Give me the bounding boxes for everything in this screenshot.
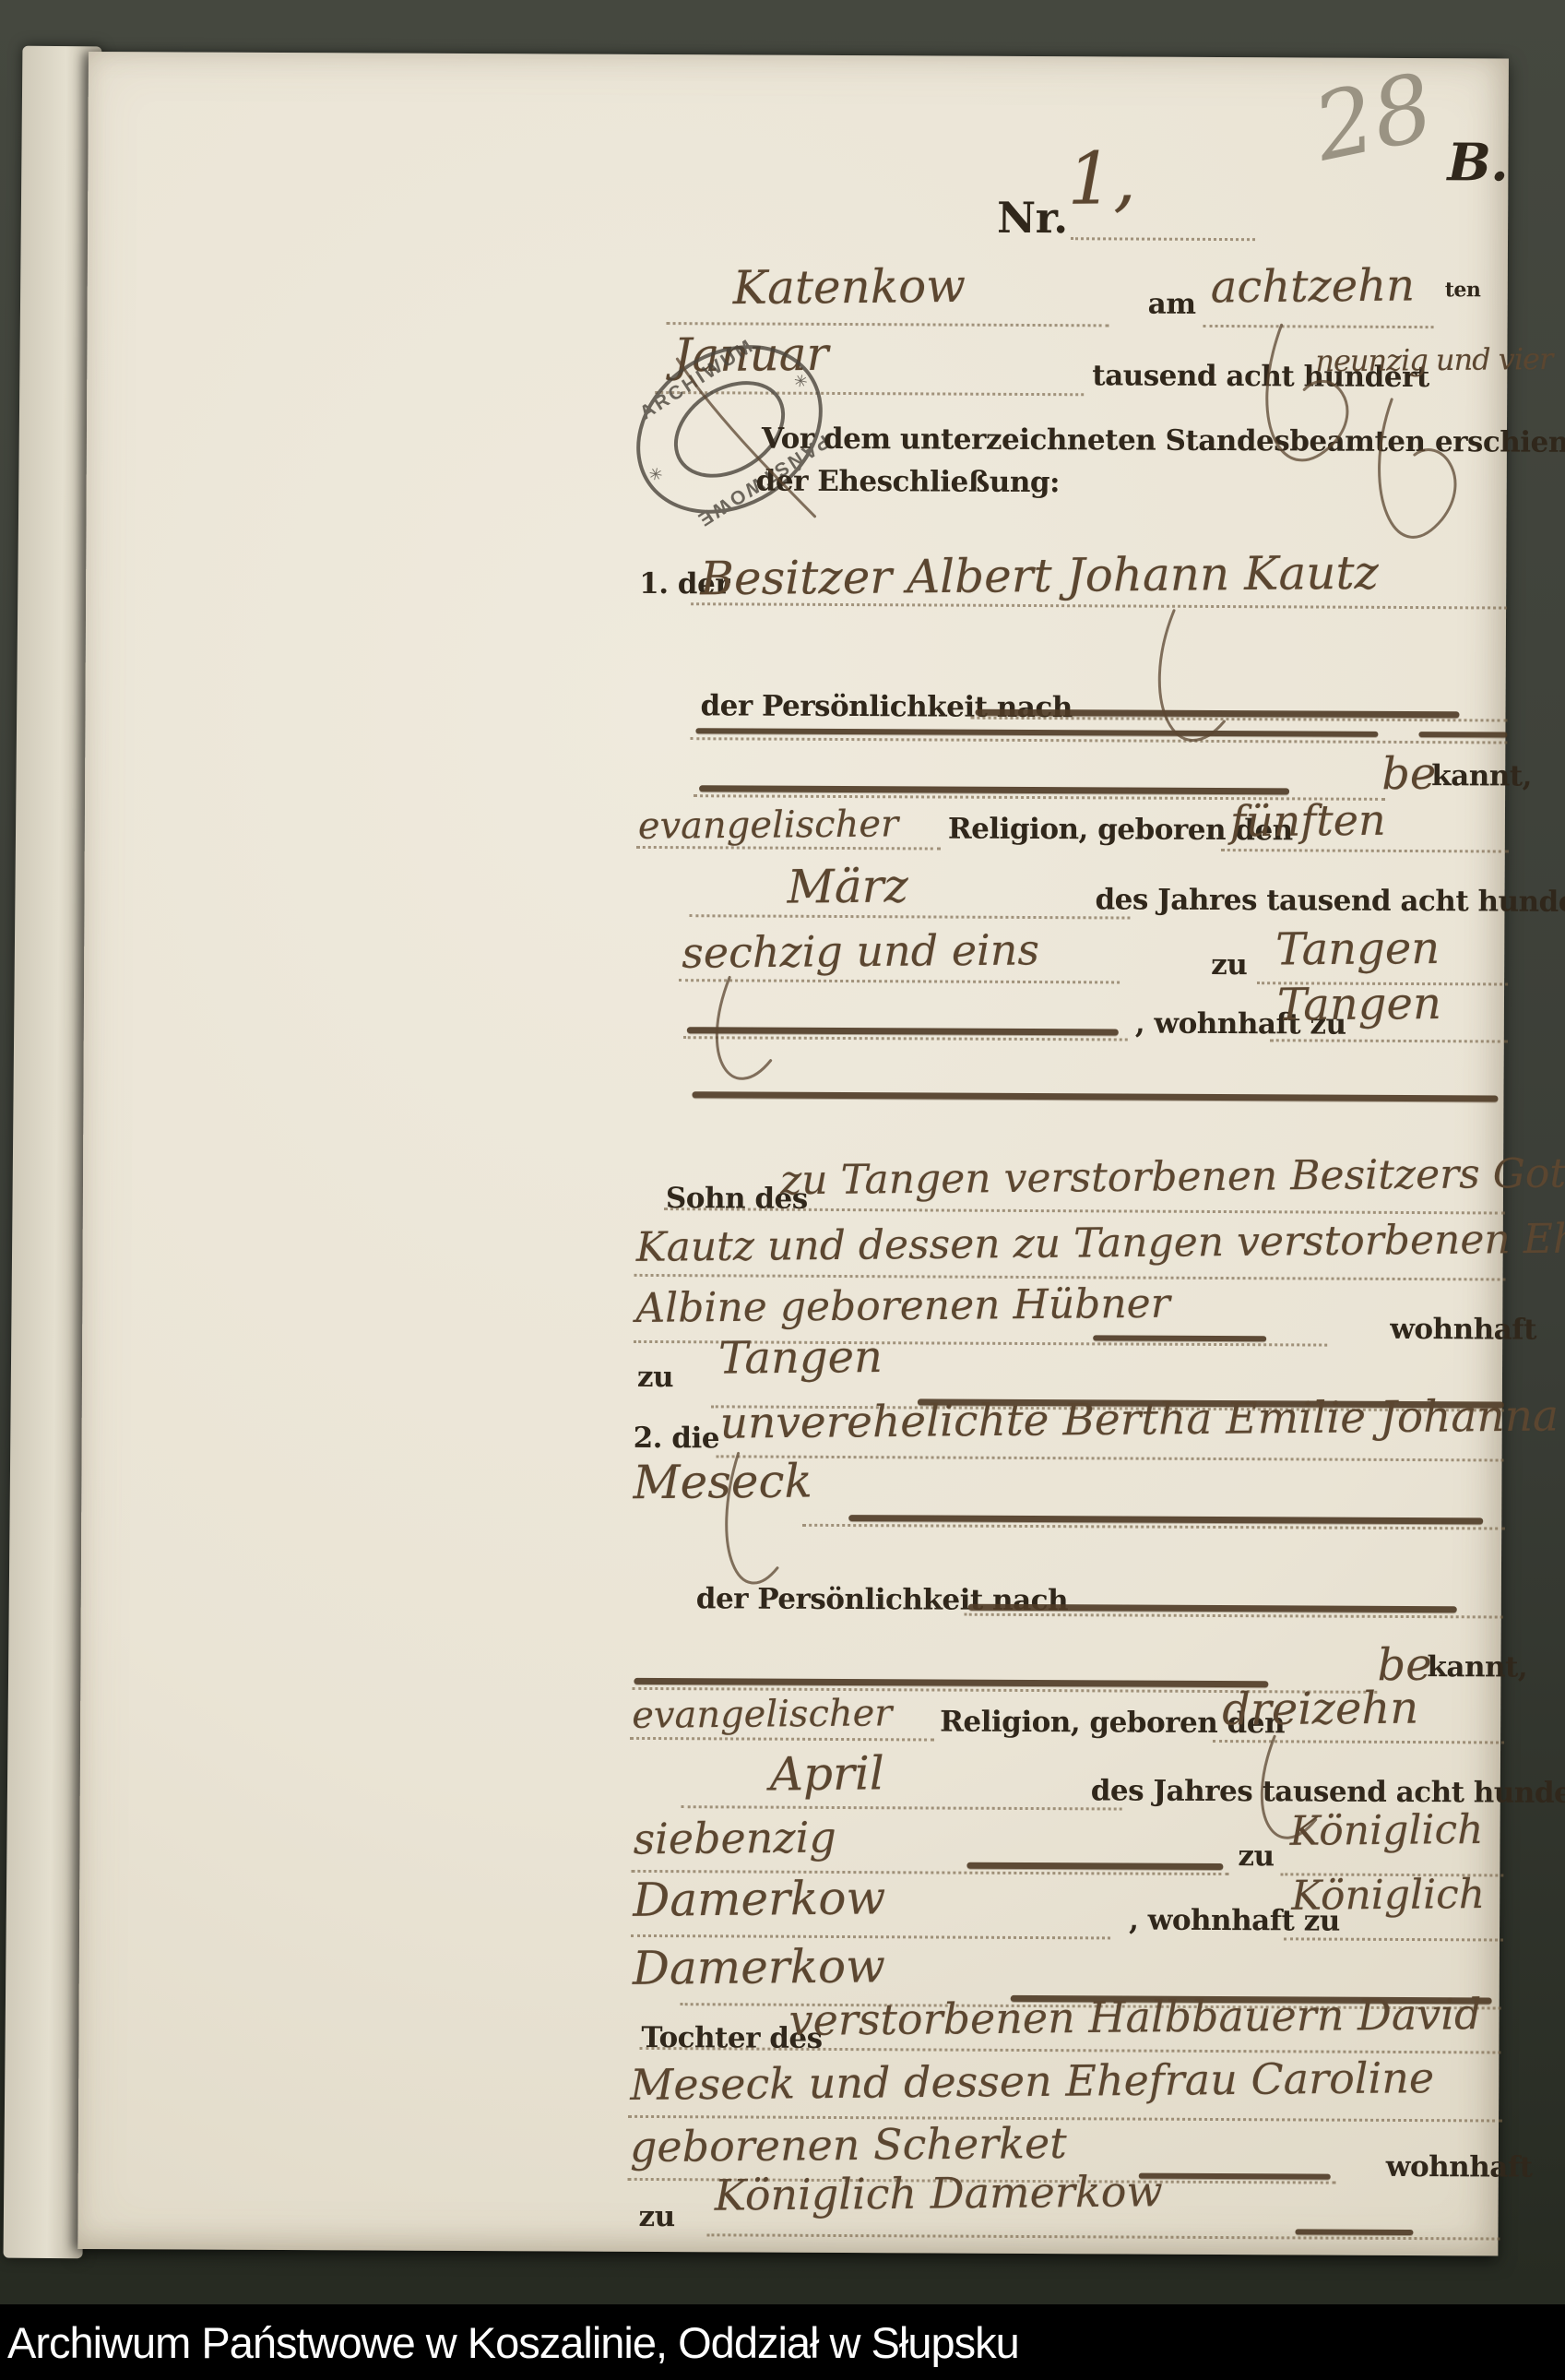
ink-strike — [848, 1515, 1483, 1524]
record-number-value: 1, — [1067, 137, 1136, 221]
dotline — [630, 1737, 934, 1742]
bride-birth-day: dreizehn — [1222, 1683, 1418, 1736]
register-page: 28 B. Nr. 1, Katenkow am achtzehn ten Ja… — [77, 52, 1509, 2255]
ten-suffix: ten — [1445, 278, 1481, 302]
event-day: achtzehn — [1211, 259, 1416, 313]
bride-parents-line2: Meseck und dessen Ehefrau Caroline — [630, 2053, 1434, 2110]
groom-birth-month: März — [787, 859, 908, 913]
groom-parents-line1: zu Tangen verstorbenen Besitzers Gottlie… — [780, 1149, 1565, 1205]
dotline — [634, 1274, 1506, 1281]
corner-letter: B. — [1447, 132, 1508, 193]
dotline — [1270, 1039, 1508, 1042]
bride-parents-line3: geborenen Scherket — [630, 2118, 1067, 2172]
groom-parents-residence: Tangen — [718, 1331, 883, 1385]
groom-birth-place: Tangen — [1275, 922, 1440, 976]
archive-caption-text: Archiwum Państwowe w Koszalinie, Oddział… — [7, 2317, 1019, 2368]
bride-residence-word1: Königlich — [1291, 1871, 1485, 1920]
bride-parents-line1: verstorbenen Halbbauern David — [788, 1989, 1481, 2045]
ink-strike — [1093, 1335, 1266, 1341]
intro-line1: Vor dem unterzeichneten Standesbeamten e… — [762, 422, 1565, 461]
dotline — [717, 1455, 1504, 1461]
groom-birth-day: fünften — [1230, 795, 1386, 847]
dotline — [689, 914, 1130, 919]
groom-name: Besitzer Albert Johann Kautz — [700, 546, 1379, 606]
bride-year-label: des Jahres tausend acht hundert — [1091, 1774, 1565, 1810]
groom-kannt-label: kannt, — [1431, 759, 1532, 793]
pen-flourish — [1379, 399, 1455, 538]
ink-strike — [699, 785, 1289, 794]
dotline — [679, 979, 1120, 983]
ink-strike — [966, 1862, 1223, 1870]
archive-caption-bar: Archiwum Państwowe w Koszalinie, Oddział… — [0, 2304, 1565, 2380]
groom-be: be — [1381, 748, 1437, 801]
dotline — [1221, 849, 1509, 853]
dotline — [802, 1524, 1505, 1530]
event-place: Katenkow — [733, 259, 966, 315]
dotline — [691, 602, 1507, 609]
bride-identity-label: der Persönlichkeit nach — [696, 1582, 1068, 1617]
dotline — [682, 1805, 1122, 1810]
groom-year-label: des Jahres tausend acht hundert — [1095, 883, 1565, 919]
groom-parents-wohnhaft-label: wohnhaft — [1390, 1313, 1536, 1347]
pencil-folio-number: 28 — [1305, 53, 1441, 182]
groom-zu-label: zu — [1211, 948, 1247, 982]
groom-parents-zu-label: zu — [637, 1361, 673, 1394]
ink-strike — [692, 1091, 1498, 1101]
bride-name-line1: unverehelichte Bertha Emilie Johanna — [720, 1390, 1559, 1448]
dotline — [1284, 1937, 1503, 1941]
ink-strike — [1139, 2173, 1331, 2180]
bride-birth-month: April — [770, 1746, 885, 1801]
bride-parents-zu-label: zu — [638, 2200, 674, 2233]
bride-parents-residence: Königlich Damerkow — [714, 2166, 1163, 2219]
groom-parents-line3: Albine geborenen Hübner — [635, 1280, 1170, 1332]
groom-religion: evangelischer — [638, 803, 899, 848]
record-number-dotline — [1071, 237, 1255, 241]
intro-line2: der Eheschließung: — [756, 465, 1060, 500]
event-year: neunzig und vier — [1315, 341, 1552, 378]
bride-parents-wohnhaft-label: wohnhaft — [1386, 2150, 1533, 2184]
bride-birth-place-word2: Damerkow — [633, 1871, 886, 1926]
groom-parents-line2: Kautz und dessen zu Tangen verstorbenen … — [635, 1215, 1565, 1271]
bride-birth-year: siebenzig — [633, 1812, 836, 1863]
dotline — [667, 322, 1109, 327]
groom-residence: Tangen — [1277, 978, 1441, 1031]
record-number-label: Nr. — [997, 193, 1068, 243]
dotline — [683, 1036, 1128, 1041]
bride-zu-label: zu — [1238, 1839, 1274, 1873]
bride-birth-place-word1: Königlich — [1289, 1806, 1483, 1855]
ink-strike — [1295, 2229, 1413, 2235]
dotline — [690, 737, 1507, 744]
dotline — [1203, 325, 1434, 328]
archive-scan-viewer: { "viewer": { "caption": "Archiwum Państ… — [0, 0, 1565, 2380]
ink-strike — [1418, 732, 1507, 737]
bride-religion: evangelischer — [632, 1692, 893, 1737]
ink-strike — [695, 728, 1378, 737]
ink-strike — [687, 1027, 1119, 1035]
dotline — [636, 846, 941, 851]
dotline — [965, 1613, 1503, 1619]
dotline — [1213, 1740, 1504, 1744]
bride-index-label: 2. die — [634, 1422, 720, 1455]
ink-strike — [634, 1678, 1268, 1687]
pen-flourish — [1159, 611, 1225, 741]
bride-name-line2: Meseck — [633, 1454, 812, 1509]
bride-residence-word2: Damerkow — [633, 1939, 886, 1994]
bride-kannt-label: kannt, — [1427, 1650, 1527, 1684]
groom-birth-year: sechzig und eins — [682, 924, 1039, 978]
am-label: am — [1148, 288, 1196, 321]
